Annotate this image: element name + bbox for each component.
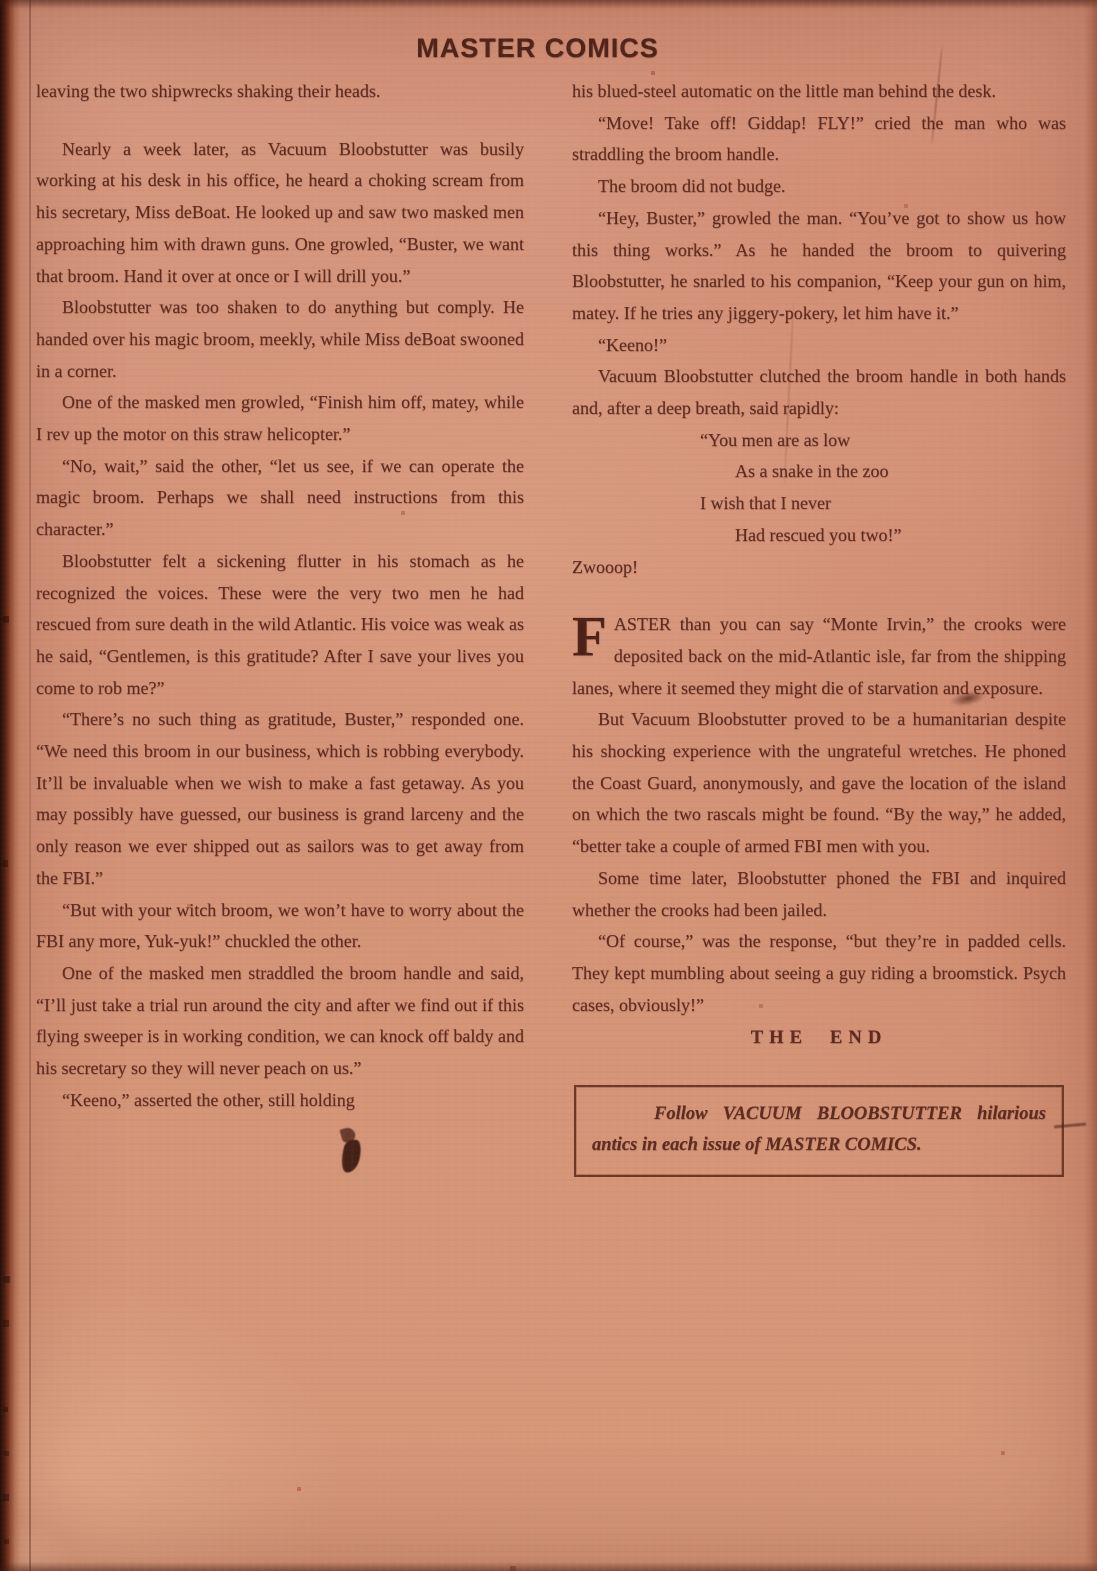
story-paragraph: “Hey, Buster,” growled the man. “You’ve …: [572, 203, 1066, 330]
story-paragraph: FASTER than you can say “Monte Irvin,” t…: [572, 609, 1066, 704]
paragraph-text: Bloobstutter felt a sickening flutter in…: [36, 551, 524, 698]
right-column-text: his blued-steel automatic on the little …: [572, 76, 1066, 1055]
story-paragraph: THE END: [572, 1023, 1066, 1055]
paragraph-text: I wish that I never: [700, 493, 831, 513]
page-fold-line: [29, 0, 31, 1571]
drop-cap: F: [572, 609, 614, 660]
left-column-text: leaving the two shipwrecks shaking their…: [36, 76, 524, 1117]
story-paragraph: leaving the two shipwrecks shaking their…: [36, 76, 524, 108]
paragraph-text: THE END: [751, 1028, 888, 1048]
paragraph-text: “Of course,” was the response, “but they…: [572, 931, 1066, 1014]
right-column: his blued-steel automatic on the little …: [572, 76, 1066, 1177]
story-paragraph: Bloobstutter felt a sickening flutter in…: [36, 546, 524, 705]
paragraph-text: Had rescued you two!”: [735, 525, 901, 545]
paragraph-text: “Keeno!”: [598, 335, 667, 355]
story-paragraph: “You men are as low: [572, 425, 1066, 457]
story-paragraph: “Move! Take off! Giddap! FLY!” cried the…: [572, 108, 1066, 171]
paragraph-text: One of the masked men growled, “Finish h…: [36, 392, 524, 444]
paragraph-text: Zwooop!: [572, 557, 638, 577]
paragraph-text: his blued-steel automatic on the little …: [572, 81, 996, 101]
paper-speckles: [0, 0, 2, 2]
binding-ink-marks: [2, 0, 5, 3]
paragraph-text: Vacuum Bloobstutter clutched the broom h…: [572, 366, 1066, 418]
story-paragraph: “Keeno,” asserted the other, still holdi…: [36, 1085, 524, 1117]
story-paragraph: his blued-steel automatic on the little …: [572, 76, 1066, 108]
ink-blot: [338, 1137, 364, 1174]
paragraph-text: The broom did not budge.: [598, 176, 785, 196]
page-top-edge: [0, 0, 1097, 9]
paragraph-text: “You men are as low: [700, 430, 850, 450]
promo-text: Follow VACUUM BLOOBSTUTTER hilarious ant…: [592, 1099, 1046, 1161]
comic-page: MASTER COMICS leaving the two shipwrecks…: [0, 0, 1097, 1571]
paragraph-text: Some time later, Bloobstutter phoned the…: [572, 868, 1066, 920]
story-paragraph: “There’s no such thing as gratitude, Bus…: [36, 704, 524, 894]
story-paragraph: One of the masked men growled, “Finish h…: [36, 387, 524, 450]
page-binding-edge: [0, 0, 30, 1571]
story-paragraph: Nearly a week later, as Vacuum Bloobstut…: [36, 134, 524, 293]
story-paragraph: One of the masked men straddled the broo…: [36, 958, 524, 1085]
paragraph-text: One of the masked men straddled the broo…: [36, 963, 524, 1078]
page-bottom-edge: [0, 1562, 1097, 1571]
paragraph-text: But Vacuum Bloobstutter proved to be a h…: [572, 709, 1066, 856]
paragraph-text: “There’s no such thing as gratitude, Bus…: [36, 709, 524, 888]
story-paragraph: Bloobstutter was too shaken to do anythi…: [36, 292, 524, 387]
story-paragraph: As a snake in the zoo: [572, 456, 1066, 488]
story-paragraph: “No, wait,” said the other, “let us see,…: [36, 451, 524, 546]
paragraph-text: “Move! Take off! Giddap! FLY!” cried the…: [572, 113, 1066, 165]
story-paragraph: “Of course,” was the response, “but they…: [572, 926, 1066, 1021]
paragraph-text: “But with your witch broom, we won’t hav…: [36, 900, 524, 952]
paragraph-text: ASTER than you can say “Monte Irvin,” th…: [572, 614, 1066, 697]
story-paragraph: “Keeno!”: [572, 330, 1066, 362]
story-paragraph: Vacuum Bloobstutter clutched the broom h…: [572, 361, 1066, 424]
story-paragraph: But Vacuum Bloobstutter proved to be a h…: [572, 704, 1066, 863]
paragraph-text: leaving the two shipwrecks shaking their…: [36, 81, 380, 101]
paragraph-text: “Keeno,” asserted the other, still holdi…: [62, 1090, 355, 1110]
promo-box: Follow VACUUM BLOOBSTUTTER hilarious ant…: [574, 1085, 1064, 1177]
story-paragraph: Had rescued you two!”: [572, 520, 1066, 552]
story-paragraph: Some time later, Bloobstutter phoned the…: [572, 863, 1066, 926]
left-column: leaving the two shipwrecks shaking their…: [36, 76, 524, 1117]
story-paragraph: I wish that I never: [572, 488, 1066, 520]
story-paragraph: The broom did not budge.: [572, 171, 1066, 203]
story-paragraph: “But with your witch broom, we won’t hav…: [36, 895, 524, 958]
paragraph-text: “Hey, Buster,” growled the man. “You’ve …: [572, 208, 1066, 323]
page-right-edge: [1085, 0, 1097, 1571]
paragraph-text: “No, wait,” said the other, “let us see,…: [36, 456, 524, 539]
story-paragraph: Zwooop!: [572, 552, 1066, 584]
paragraph-text: Nearly a week later, as Vacuum Bloobstut…: [36, 139, 524, 286]
page-title: MASTER COMICS: [0, 33, 1075, 64]
paragraph-text: Bloobstutter was too shaken to do anythi…: [36, 297, 524, 380]
paragraph-text: As a snake in the zoo: [735, 461, 888, 481]
